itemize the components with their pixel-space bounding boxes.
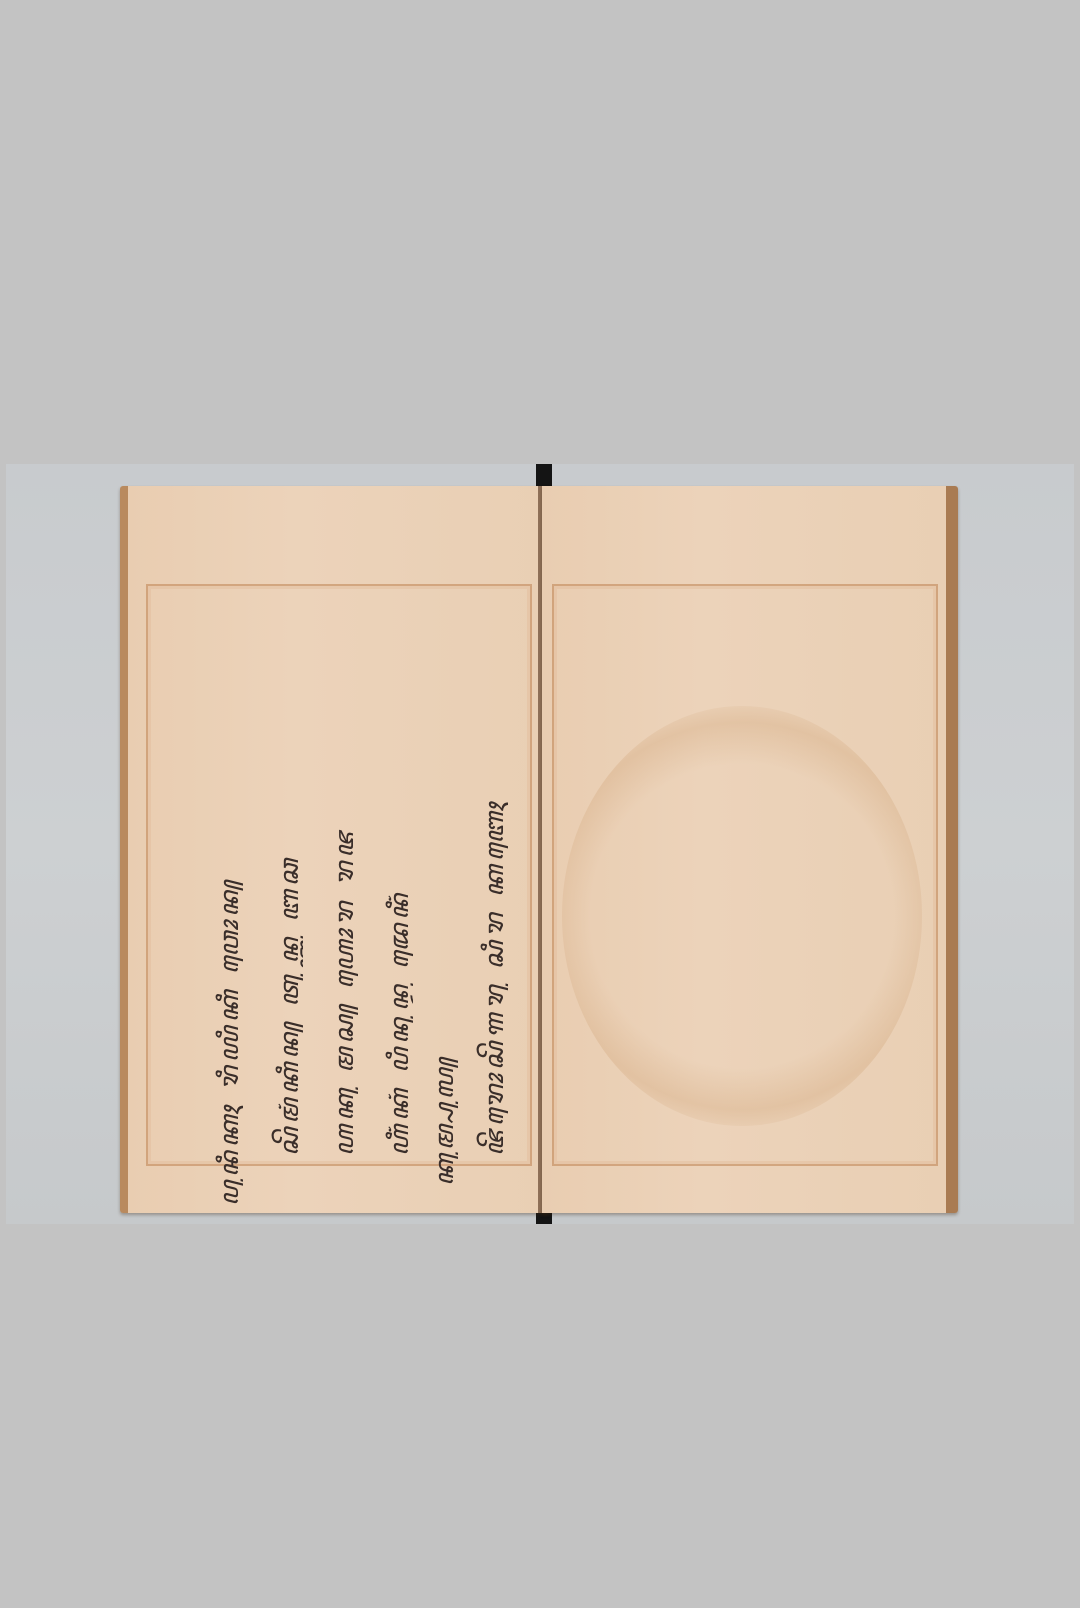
script-line: ꦏꦸꦩ꧀ꦥꦸꦭ꧀ [418, 626, 458, 1186]
right-page [542, 486, 958, 1213]
script-line: ꦲꦶꦁꦏꦁ ꦥꦶꦤꦸꦤ꧀ꦗꦸ ꦢꦺꦤꦶꦁ [373, 596, 413, 1156]
script-line: ꦥꦸꦤꦶꦏꦃ ꦫꦶꦪꦶꦏꦶ ꦮꦺꦴꦤ꧀ [203, 646, 243, 1206]
script-text-block: ꦗꦼꦫꦺꦴꦱꦼꦒꦫꦸ ꦱꦶꦫ ꦏꦧꦺꦃ ꦏꦸꦩ꧀ꦥꦸꦭ꧀ ꦲꦶꦁꦏꦁ ꦥꦶꦤꦸꦤ… [168, 586, 508, 1146]
left-page: ꦗꦼꦫꦺꦴꦱꦼꦒꦫꦸ ꦱꦶꦫ ꦏꦧꦺꦃ ꦏꦸꦩ꧀ꦥꦸꦭ꧀ ꦲꦶꦁꦏꦁ ꦥꦶꦤꦸꦤ… [120, 486, 548, 1213]
script-line: ꦱꦼꦩꦁꦏꦶꦤ꧀ ꦠꦸꦤ꧀ꦠꦸ ꦧꦕ [263, 596, 303, 1156]
script-line: ꦗꦼꦫꦺꦴꦱꦼꦒꦫꦸ ꦱꦶꦫ ꦏꦧꦺꦃ [468, 596, 508, 1156]
open-book: ꦗꦼꦫꦺꦴꦱꦼꦒꦫꦸ ꦱꦶꦫ ꦏꦧꦺꦃ ꦏꦸꦩ꧀ꦥꦸꦭ꧀ ꦲꦶꦁꦏꦁ ꦥꦶꦤꦸꦤ… [120, 486, 958, 1213]
script-line: ꦲꦏꦸ ꦩꦱ꧀ ꦲꦺꦴꦫ ꦫꦗ [318, 596, 358, 1156]
water-stain [562, 706, 922, 1126]
